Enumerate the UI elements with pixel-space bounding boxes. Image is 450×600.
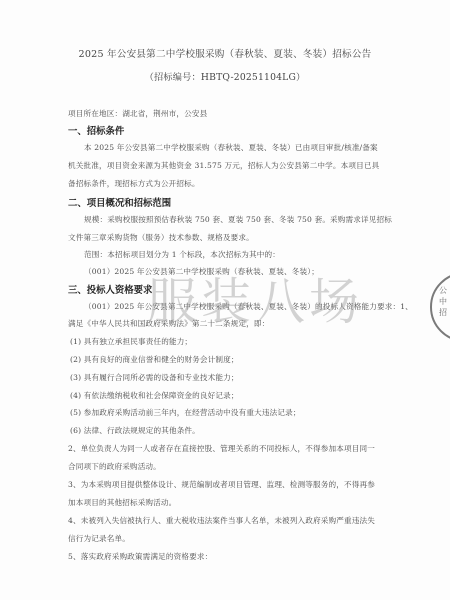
- section-2-line-4: （001）2025 年公安县第二中学校服采购（春秋装、夏装、冬装）；: [84, 266, 319, 277]
- bid-number: （招标编号：HBTQ-20251104LG）: [0, 69, 450, 83]
- section-heading-3: 三、投标人资格要求: [68, 282, 152, 296]
- document-title: 2025 年公安县第二中学校服采购（春秋装、夏装、冬装）招标公告: [0, 46, 450, 60]
- section-1-line-2: 机关批准，项目资金来源为其他资金 31.575 万元，招标人为公安县第二中学。本…: [68, 160, 379, 171]
- section-3-line-1: （001）2025 年公安县第二中学校服采购（春秋装、夏装、冬装）的投标人资格能…: [84, 301, 413, 312]
- section-2-line-1: 规模：采购校服按照预估春秋装 750 套、夏装 750 套、冬装 750 套。采…: [84, 214, 392, 225]
- seal-stamp-text: 公中招: [439, 285, 449, 318]
- section-1-line-1: 本 2025 年公安县第二中学校服采购（春秋装、夏装、冬装）已由项目审批/核准/…: [84, 142, 378, 153]
- section-3-line-4: (2) 具有良好的商业信誉和健全的财务会计制度；: [70, 354, 239, 365]
- section-3-line-9: 2、单位负责人为同一人或者存在直接控股、管理关系的不同投标人，不得参加本项目同一: [68, 443, 375, 454]
- section-3-line-7: (5) 参加政府采购活动前三年内，在经营活动中没有重大违法记录；: [70, 407, 301, 418]
- section-heading-1: 一、招标条件: [68, 123, 124, 137]
- section-2-line-3: 范围：本招标项目划分为 1 个标段，本次招标为其中的：: [84, 249, 280, 260]
- document-page: 2025 年公安县第二中学校服采购（春秋装、夏装、冬装）招标公告 （招标编号：H…: [0, 0, 450, 600]
- section-3-line-13: 4、未被列入失信被执行人、重大税收违法案件当事人名单，未被列入政府采购严重违法失: [68, 515, 375, 526]
- section-2-line-2: 文件第三章采购货物（服务）技术参数、规格及要求。: [68, 232, 254, 243]
- section-3-line-14: 信行为记录名单。: [68, 533, 130, 544]
- section-3-line-12: 加本项目的其他招标采购活动。: [68, 497, 176, 508]
- region-line: 项目所在地区：湖北省，荆州市，公安县: [68, 108, 207, 119]
- section-heading-2: 二、项目概况和招标范围: [68, 195, 171, 209]
- section-3-line-5: (3) 具有履行合同所必需的设备和专业技术能力；: [70, 372, 239, 383]
- section-3-line-15: 5、落实政府采购政策需满足的资格要求：: [68, 551, 212, 562]
- section-1-line-3: 备招标条件，现招标方式为公开招标。: [68, 178, 200, 189]
- section-3-line-6: (4) 有依法缴纳税收和社会保障资金的良好记录；: [70, 390, 239, 401]
- section-3-line-8: (6) 法律、行政法规规定的其他条件。: [70, 425, 200, 436]
- section-3-line-10: 合同项下的政府采购活动。: [68, 461, 161, 472]
- section-3-line-11: 3、为本采购项目提供整体设计、规范编制或者项目管理、监理、检测等服务的，不得再参: [68, 479, 375, 490]
- section-3-line-2: 满足《中华人民共和国政府采购法》第二十二条规定，即：: [68, 318, 269, 329]
- section-3-line-3: (1) 具有独立承担民事责任的能力；: [70, 336, 192, 347]
